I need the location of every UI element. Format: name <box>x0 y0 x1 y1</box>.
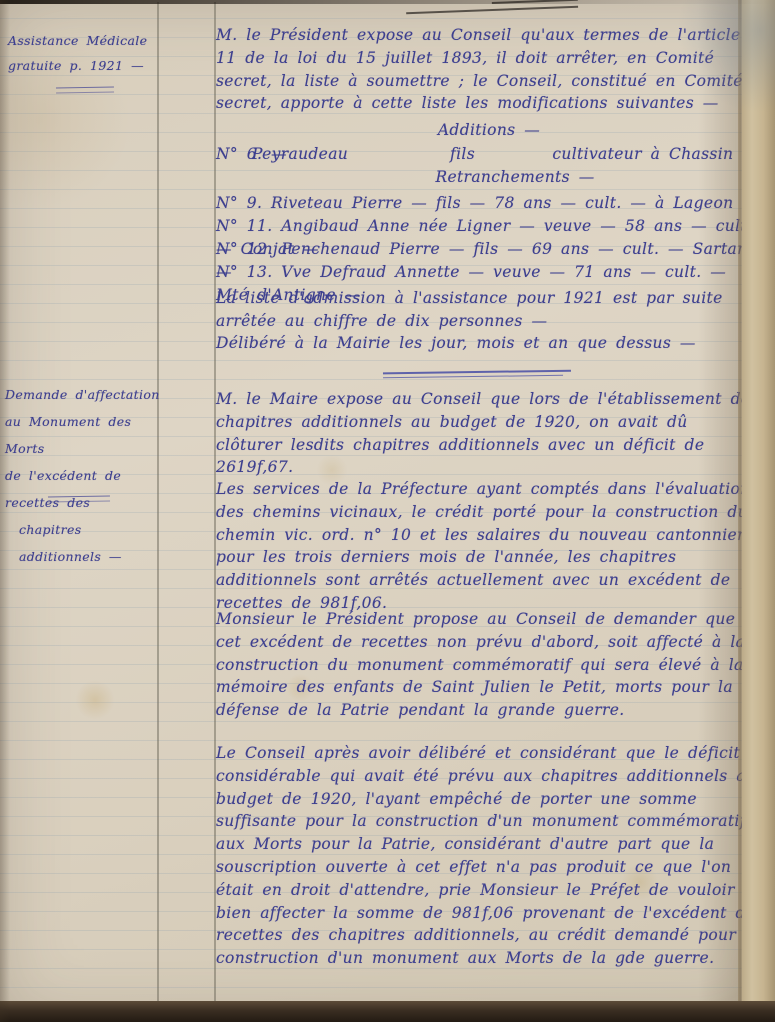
entry2-paragraph-proposition: Monsieur le Président propose au Conseil… <box>216 608 762 722</box>
addition-name: Peyraudeau <box>252 143 348 166</box>
entry2-paragraph-prefecture: Les services de la Préfecture ayant comp… <box>216 478 762 615</box>
margin-note-line: au Monument des Morts <box>5 408 163 462</box>
rule-line <box>406 6 578 15</box>
book-page-edge-strip <box>742 0 775 1022</box>
retranchements-heading: Retranchements — <box>216 166 775 189</box>
entry-divider-rule <box>383 370 571 379</box>
entry2-paragraph-deficit: M. le Maire expose au Conseil que lors d… <box>216 388 762 479</box>
page-curl-shadow <box>698 0 738 1022</box>
entry2-paragraph-deliberation: Le Conseil après avoir délibéré et consi… <box>216 742 762 970</box>
margin-note-line: Demande d'affectation <box>5 381 163 408</box>
photo-top-edge <box>0 0 775 4</box>
addition-relation: fils <box>450 143 475 166</box>
margin-note-monument-aux-morts: Demande d'affectation au Monument des Mo… <box>5 381 163 570</box>
entry1-closing-paragraph: La liste d'admission à l'assistance pour… <box>216 287 762 333</box>
additions-heading: Additions — <box>216 119 762 142</box>
margin-note-line: Assistance Médicale <box>8 28 166 53</box>
retranchement-row: N° 9. Riveteau Pierre — fils — 78 ans — … <box>216 192 762 215</box>
margin-note-line: chapitres additionnels — <box>5 516 163 570</box>
entry1-opening-paragraph: M. le Président expose au Conseil qu'aux… <box>216 24 762 115</box>
register-page-photo: Assistance Médicale gratuite p. 1921 — D… <box>0 0 775 1022</box>
addition-entry-row: N° 6. — Peyraudeau fils cultivateur à Ch… <box>216 143 762 166</box>
margin-note-assistance-medicale: Assistance Médicale gratuite p. 1921 — <box>8 28 166 78</box>
margin-note-line: gratuite p. 1921 — <box>8 53 166 78</box>
rule-line <box>383 374 563 378</box>
photo-left-edge <box>0 0 10 1022</box>
margin-note-underline-flourish <box>48 495 110 502</box>
photo-bottom-edge <box>0 1001 775 1022</box>
entry1-dated-line: Délibéré à la Mairie les jour, mois et a… <box>216 332 762 355</box>
rule-line <box>383 370 571 374</box>
margin-note-line: de l'excédent de recettes des <box>5 462 163 516</box>
margin-note-underline-flourish <box>56 86 114 93</box>
